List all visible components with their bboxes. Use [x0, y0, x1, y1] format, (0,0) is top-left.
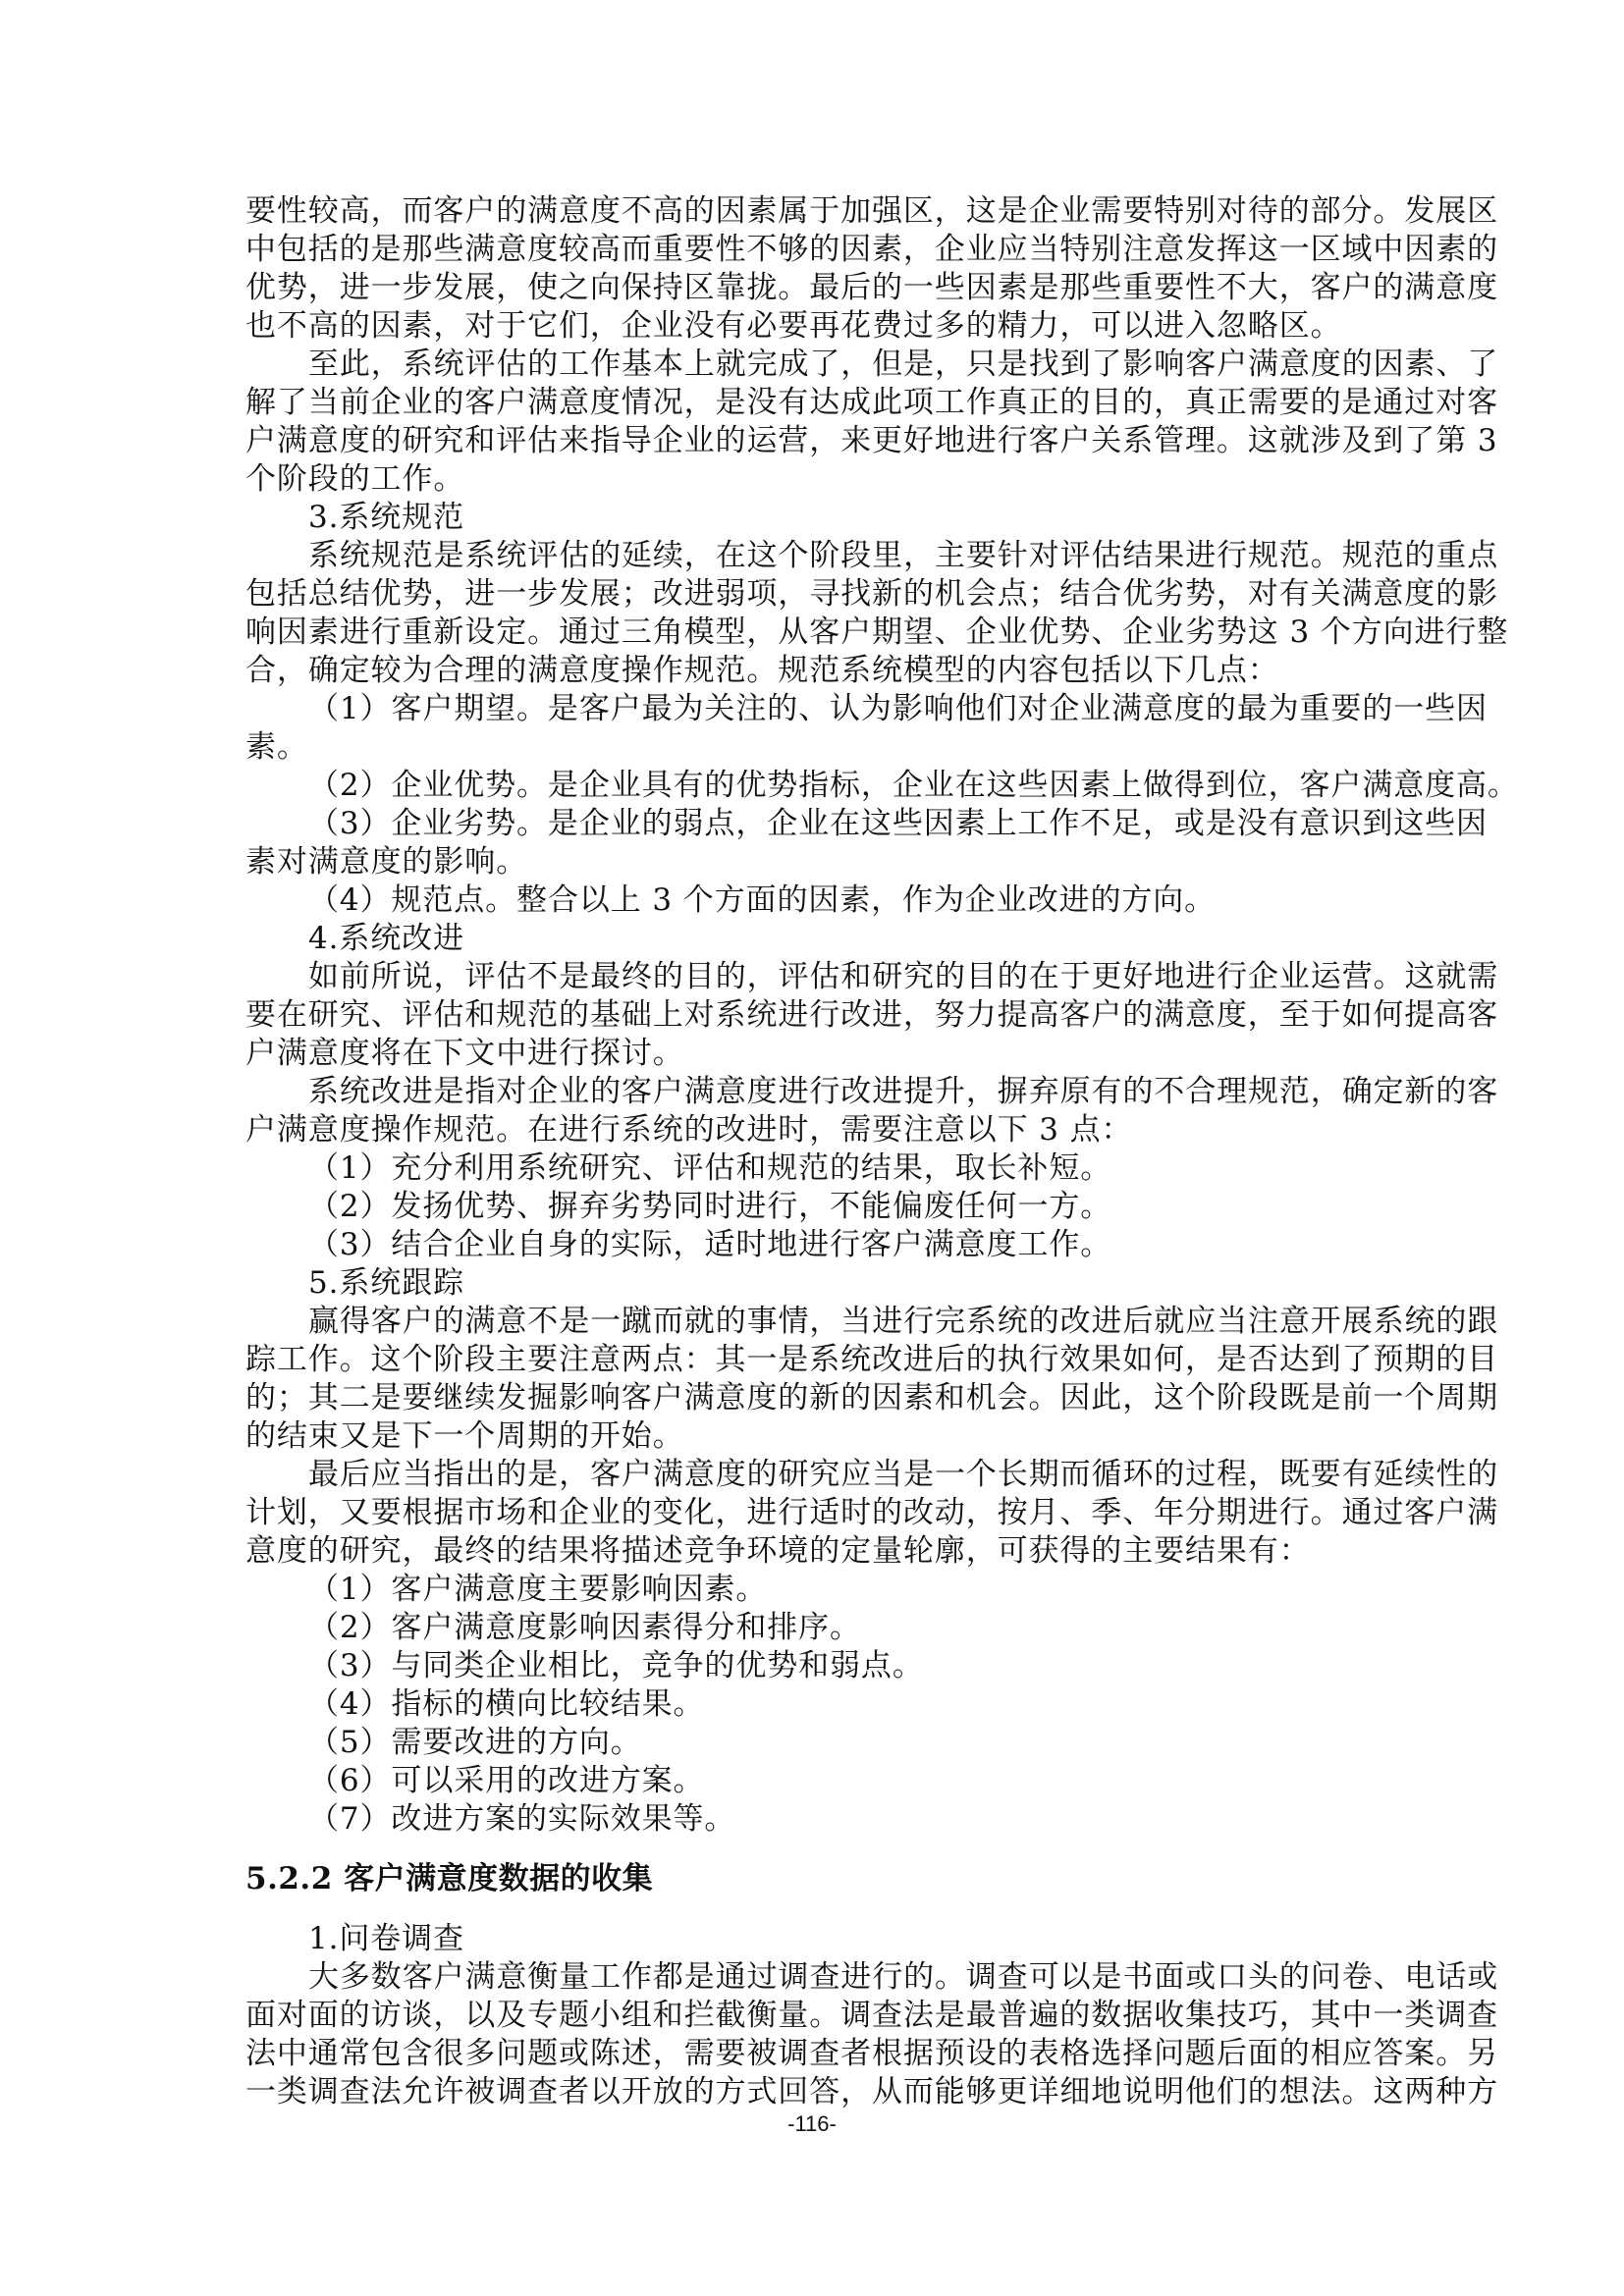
paragraph-line: 意度的研究，最终的结果将描述竞争环境的定量轮廓，可获得的主要结果有： [245, 1532, 1375, 1571]
page-body: 要性较高，而客户的满意度不高的因素属于加强区，这是企业需要特别对待的部分。发展区… [245, 192, 1375, 2111]
paragraph-line: 法中通常包含很多问题或陈述，需要被调查者根据预设的表格选择问题后面的相应答案。另 [245, 2035, 1375, 2073]
paragraph-line: 要在研究、评估和规范的基础上对系统进行改进，努力提高客户的满意度，至于如何提高客 [245, 996, 1375, 1035]
paragraph-line: 合，确定较为合理的满意度操作规范。规范系统模型的内容包括以下几点： [245, 652, 1375, 690]
list-item-line: （3）企业劣势。是企业的弱点，企业在这些因素上工作不足，或是没有意识到这些因 [245, 805, 1375, 843]
paragraph-line: 一类调查法允许被调查者以开放的方式回答，从而能够更详细地说明他们的想法。这两种方 [245, 2073, 1375, 2111]
paragraph-line: 赢得客户的满意不是一蹴而就的事情，当进行完系统的改进后就应当注意开展系统的跟 [245, 1303, 1375, 1341]
paragraph-line: 踪工作。这个阶段主要注意两点：其一是系统改进后的执行效果如何，是否达到了预期的目 [245, 1341, 1375, 1379]
body-text-before-heading: 要性较高，而客户的满意度不高的因素属于加强区，这是企业需要特别对待的部分。发展区… [245, 192, 1375, 1839]
paragraph-line: 响因素进行重新设定。通过三角模型，从客户期望、企业优势、企业劣势这 3 个方向进… [245, 614, 1375, 652]
list-item-line: （1）充分利用系统研究、评估和规范的结果，取长补短。 [245, 1149, 1375, 1188]
list-item-line: （3）与同类企业相比，竞争的优势和弱点。 [245, 1647, 1375, 1685]
paragraph-line: 个阶段的工作。 [245, 460, 1375, 499]
paragraph-line: 5.系统跟踪 [245, 1264, 1375, 1303]
paragraph-line: 的；其二是要继续发掘影响客户满意度的新的因素和机会。因此，这个阶段既是前一个周期 [245, 1379, 1375, 1417]
list-item-line: （2）发扬优势、摒弃劣势同时进行，不能偏废任何一方。 [245, 1188, 1375, 1226]
list-item-line: （3）结合企业自身的实际，适时地进行客户满意度工作。 [245, 1226, 1375, 1264]
paragraph-line: 解了当前企业的客户满意度情况，是没有达成此项工作真正的目的，真正需要的是通过对客 [245, 384, 1375, 422]
list-item-line: （1）客户满意度主要影响因素。 [245, 1571, 1375, 1609]
paragraph-line: 素。 [245, 728, 1375, 767]
paragraph-line: 户满意度操作规范。在进行系统的改进时，需要注意以下 3 点： [245, 1111, 1375, 1149]
section-heading: 5.2.2 客户满意度数据的收集 [245, 1860, 1375, 1898]
list-item-line: （1）客户期望。是客户最为关注的、认为影响他们对企业满意度的最为重要的一些因 [245, 690, 1375, 728]
list-item-line: （2）企业优势。是企业具有的优势指标，企业在这些因素上做得到位，客户满意度高。 [245, 767, 1375, 805]
body-text-after-heading: 1.问卷调查大多数客户满意衡量工作都是通过调查进行的。调查可以是书面或口头的问卷… [245, 1920, 1375, 2111]
paragraph-line: 1.问卷调查 [245, 1920, 1375, 1958]
paragraph-line: 系统规范是系统评估的延续，在这个阶段里，主要针对评估结果进行规范。规范的重点 [245, 537, 1375, 575]
paragraph-line: 如前所说，评估不是最终的目的，评估和研究的目的在于更好地进行企业运营。这就需 [245, 958, 1375, 996]
paragraph-line: 计划，又要根据市场和企业的变化，进行适时的改动，按月、季、年分期进行。通过客户满 [245, 1494, 1375, 1532]
paragraph-line: 最后应当指出的是，客户满意度的研究应当是一个长期而循环的过程，既要有延续性的 [245, 1456, 1375, 1494]
list-item-line: （7）改进方案的实际效果等。 [245, 1800, 1375, 1839]
paragraph-line: 户满意度将在下文中进行探讨。 [245, 1035, 1375, 1073]
paragraph-line: 的结束又是下一个周期的开始。 [245, 1417, 1375, 1456]
list-item-line: （4）指标的横向比较结果。 [245, 1685, 1375, 1724]
paragraph-line: 大多数客户满意衡量工作都是通过调查进行的。调查可以是书面或口头的问卷、电话或 [245, 1958, 1375, 1997]
paragraph-line: 户满意度的研究和评估来指导企业的运营，来更好地进行客户关系管理。这就涉及到了第 … [245, 422, 1375, 460]
list-item-line: （5）需要改进的方向。 [245, 1724, 1375, 1762]
paragraph-line: 4.系统改进 [245, 920, 1375, 958]
paragraph-line: 面对面的访谈，以及专题小组和拦截衡量。调查法是最普遍的数据收集技巧，其中一类调查 [245, 1997, 1375, 2035]
list-item-line: （6）可以采用的改进方案。 [245, 1762, 1375, 1800]
page-number: -116- [0, 2111, 1624, 2137]
paragraph-line: 优势，进一步发展，使之向保持区靠拢。最后的一些因素是那些重要性不大，客户的满意度 [245, 269, 1375, 307]
paragraph-line: 中包括的是那些满意度较高而重要性不够的因素，企业应当特别注意发挥这一区域中因素的 [245, 231, 1375, 269]
paragraph-line: 系统改进是指对企业的客户满意度进行改进提升，摒弃原有的不合理规范，确定新的客 [245, 1073, 1375, 1111]
paragraph-line: 包括总结优势，进一步发展；改进弱项，寻找新的机会点；结合优劣势，对有关满意度的影 [245, 575, 1375, 614]
paragraph-line: 至此，系统评估的工作基本上就完成了，但是，只是找到了影响客户满意度的因素、了 [245, 346, 1375, 384]
list-item-line: （2）客户满意度影响因素得分和排序。 [245, 1609, 1375, 1647]
paragraph-line: 3.系统规范 [245, 499, 1375, 537]
paragraph-line: 素对满意度的影响。 [245, 843, 1375, 881]
paragraph-line: 要性较高，而客户的满意度不高的因素属于加强区，这是企业需要特别对待的部分。发展区 [245, 192, 1375, 231]
list-item-line: （4）规范点。整合以上 3 个方面的因素，作为企业改进的方向。 [245, 881, 1375, 920]
paragraph-line: 也不高的因素，对于它们，企业没有必要再花费过多的精力，可以进入忽略区。 [245, 307, 1375, 346]
